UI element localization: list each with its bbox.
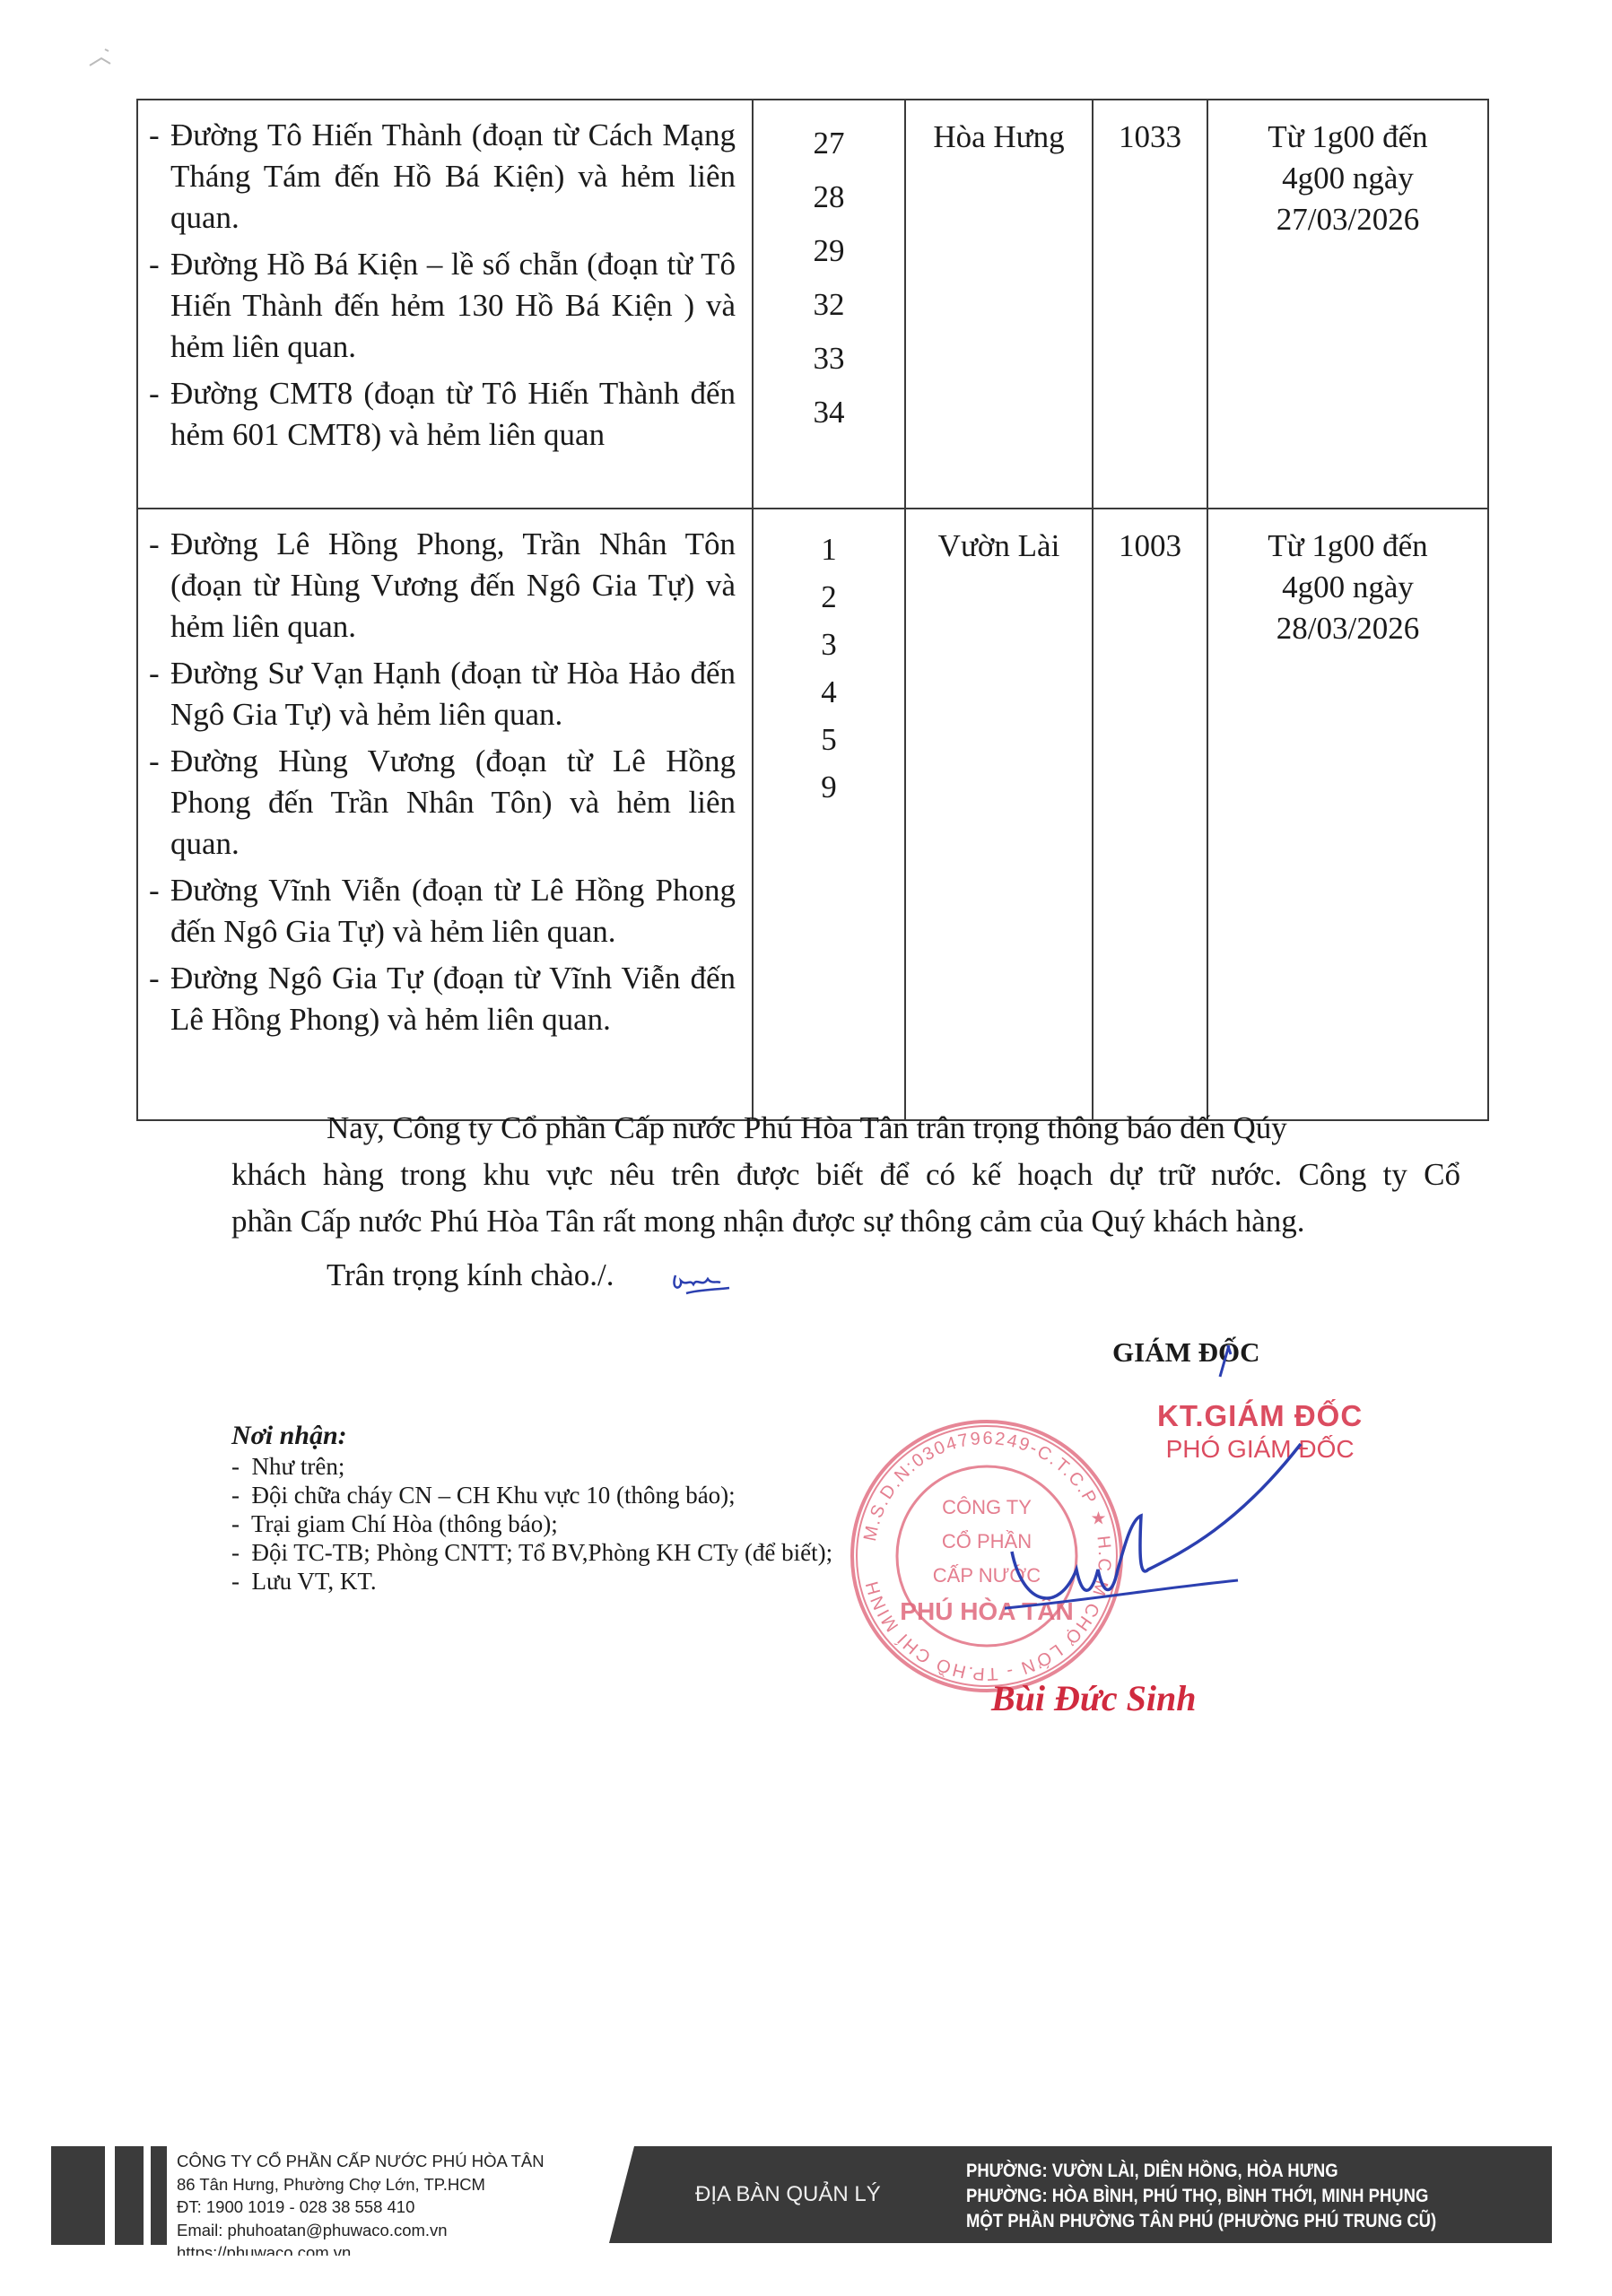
footer-service-area-band: ĐỊA BÀN QUẢN LÝ PHƯỜNG: VƯỜN LÀI, DIÊN H… bbox=[634, 2146, 1552, 2243]
time-line: 28/03/2026 bbox=[1208, 608, 1487, 649]
streets-cell: -Đường Lê Hồng Phong, Trần Nhân Tôn (đoạ… bbox=[137, 509, 753, 1120]
closing-line: Trân trọng kính chào./. bbox=[327, 1257, 614, 1293]
time-line: Từ 1g00 đến bbox=[1208, 526, 1487, 567]
street-item: -Đường Lê Hồng Phong, Trần Nhân Tôn (đoạ… bbox=[149, 524, 736, 648]
footer-website: https://phuwaco.com.vn bbox=[177, 2241, 545, 2256]
time-line: Từ 1g00 đến bbox=[1208, 117, 1487, 158]
recipient-item: Đội TC-TB; Phòng CNTT; Tổ BV,Phòng KH CT… bbox=[231, 1538, 832, 1567]
band-line: PHƯỜNG: VƯỜN LÀI, DIÊN HỒNG, HÒA HƯNG bbox=[966, 2159, 1436, 2184]
recipient-item: Trại giam Chí Hòa (thông báo); bbox=[231, 1509, 832, 1538]
code: 34 bbox=[754, 386, 904, 439]
band-lines: PHƯỜNG: VƯỜN LÀI, DIÊN HỒNG, HÒA HƯNG PH… bbox=[966, 2159, 1436, 2234]
street-item: -Đường CMT8 (đoạn từ Tô Hiến Thành đến h… bbox=[149, 373, 736, 456]
paragraph-line: khách hàng trong khu vực nêu trên được b… bbox=[231, 1152, 1460, 1198]
time-cell: Từ 1g00 đến 4g00 ngày 28/03/2026 bbox=[1207, 509, 1488, 1120]
time-line: 27/03/2026 bbox=[1208, 199, 1487, 240]
code: 29 bbox=[754, 224, 904, 278]
street-item: -Đường Vĩnh Viễn (đoạn từ Lê Hồng Phong … bbox=[149, 870, 736, 952]
logo-bar bbox=[151, 2146, 167, 2245]
paragraph-line: phần Cấp nước Phú Hòa Tân rất mong nhận … bbox=[231, 1198, 1460, 1245]
footer-company-info: CÔNG TY CỔ PHẦN CẤP NƯỚC PHÚ HÒA TÂN 86 … bbox=[177, 2150, 545, 2256]
street-item: -Đường Tô Hiến Thành (đoạn từ Cách Mạng … bbox=[149, 115, 736, 239]
codes-cell: 27 28 29 32 33 34 bbox=[753, 100, 905, 509]
table-row: -Đường Lê Hồng Phong, Trần Nhân Tôn (đoạ… bbox=[137, 509, 1488, 1120]
ward-cell: Hòa Hưng bbox=[905, 100, 1093, 509]
footer-email: Email: phuhoatan@phuwaco.com.vn bbox=[177, 2219, 545, 2242]
recipient-item: Lưu VT, KT. bbox=[231, 1567, 832, 1596]
logo-bar bbox=[115, 2146, 144, 2245]
recipient-item: Như trên; bbox=[231, 1452, 832, 1481]
footer-company: CÔNG TY CỔ PHẦN CẤP NƯỚC PHÚ HÒA TÂN bbox=[177, 2150, 545, 2173]
footer-address: 86 Tân Hưng, Phường Chợ Lớn, TP.HCM bbox=[177, 2173, 545, 2196]
scan-mark bbox=[85, 40, 130, 72]
time-cell: Từ 1g00 đến 4g00 ngày 27/03/2026 bbox=[1207, 100, 1488, 509]
body-paragraph: Nay, Công ty Cổ phần Cấp nước Phú Hòa Tâ… bbox=[231, 1105, 1460, 1245]
code: 4 bbox=[754, 668, 904, 716]
band-label: ĐỊA BÀN QUẢN LÝ bbox=[695, 2182, 881, 2207]
code: 28 bbox=[754, 170, 904, 224]
outage-schedule-table: -Đường Tô Hiến Thành (đoạn từ Cách Mạng … bbox=[136, 99, 1489, 1121]
code: 33 bbox=[754, 332, 904, 386]
band-line: MỘT PHẦN PHƯỜNG TÂN PHÚ (PHƯỜNG PHÚ TRUN… bbox=[966, 2209, 1436, 2234]
recipients-block: Nơi nhận: Như trên; Đội chữa cháy CN – C… bbox=[231, 1422, 832, 1596]
paragraph-line: Nay, Công ty Cổ phần Cấp nước Phú Hòa Tâ… bbox=[231, 1105, 1460, 1152]
code: 27 bbox=[754, 117, 904, 170]
number-cell: 1033 bbox=[1093, 100, 1207, 509]
handwritten-signature-icon bbox=[1005, 1345, 1381, 1686]
number-cell: 1003 bbox=[1093, 509, 1207, 1120]
street-item: -Đường Sư Vạn Hạnh (đoạn từ Hòa Hảo đến … bbox=[149, 653, 736, 735]
footer-phone: ĐT: 1900 1019 - 028 38 558 410 bbox=[177, 2196, 545, 2219]
street-item: -Đường Ngô Gia Tự (đoạn từ Vĩnh Viễn đến… bbox=[149, 958, 736, 1040]
street-item: -Đường Hùng Vương (đoạn từ Lê Hồng Phong… bbox=[149, 741, 736, 865]
recipient-item: Đội chữa cháy CN – CH Khu vực 10 (thông … bbox=[231, 1481, 832, 1509]
streets-cell: -Đường Tô Hiến Thành (đoạn từ Cách Mạng … bbox=[137, 100, 753, 509]
initial-signature-icon bbox=[668, 1265, 740, 1300]
recipients-title: Nơi nhận: bbox=[231, 1422, 832, 1450]
logo-bar bbox=[51, 2146, 105, 2245]
code: 9 bbox=[754, 763, 904, 811]
codes-cell: 1 2 3 4 5 9 bbox=[753, 509, 905, 1120]
time-line: 4g00 ngày bbox=[1208, 567, 1487, 608]
street-item: -Đường Hồ Bá Kiện – lề số chẵn (đoạn từ … bbox=[149, 244, 736, 368]
code: 5 bbox=[754, 716, 904, 763]
time-line: 4g00 ngày bbox=[1208, 158, 1487, 199]
code: 3 bbox=[754, 621, 904, 668]
ward-cell: Vườn Lài bbox=[905, 509, 1093, 1120]
band-line: PHƯỜNG: HÒA BÌNH, PHÚ THỌ, BÌNH THỚI, MI… bbox=[966, 2184, 1436, 2209]
signer-name: Bùi Đức Sinh bbox=[991, 1677, 1197, 1719]
table-row: -Đường Tô Hiến Thành (đoạn từ Cách Mạng … bbox=[137, 100, 1488, 509]
code: 2 bbox=[754, 573, 904, 621]
code: 32 bbox=[754, 278, 904, 332]
code: 1 bbox=[754, 526, 904, 573]
